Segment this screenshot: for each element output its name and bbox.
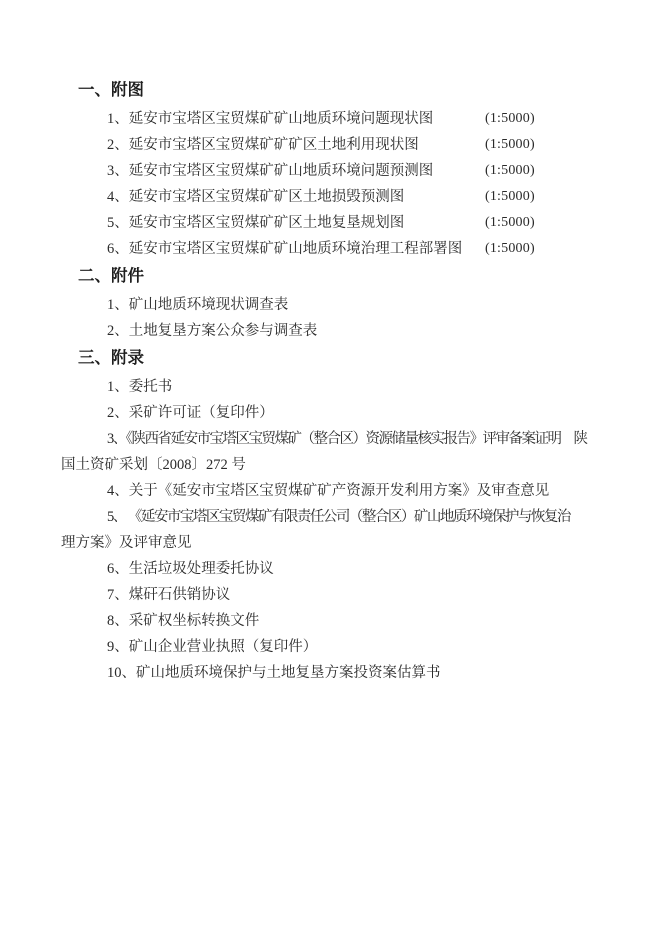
document-content: 一、附图 1、延安市宝塔区宝贸煤矿矿山地质环境问题现状图 (1:5000) 2、… [61,76,621,686]
list-item: 4、关于《延安市宝塔区宝贸煤矿矿产资源开发利用方案》及审查意见 [61,478,621,504]
list-item-continuation: 国土资矿采划〔2008〕272 号 [61,452,621,478]
list-item-continuation: 理方案》及评审意见 [61,530,621,556]
section-heading-appendices: 三、附录 [61,344,621,372]
map-scale: (1:5000) [485,184,535,210]
map-scale: (1:5000) [485,132,535,158]
item-text: 6、生活垃圾处理委托协议 [107,561,274,577]
section-heading-maps: 一、附图 [61,76,621,104]
list-item: 7、煤矸石供销协议 [61,582,621,608]
document-page: 一、附图 1、延安市宝塔区宝贸煤矿矿山地质环境问题现状图 (1:5000) 2、… [0,0,662,936]
item-text: 理方案》及评审意见 [61,535,192,551]
item-text: 2、延安市宝塔区宝贸煤矿矿矿区土地利用现状图 [107,137,419,153]
item-text: 1、委托书 [107,379,172,395]
list-item: 10、矿山地质环境保护与土地复垦方案投资案估算书 [61,660,621,686]
list-item: 1、延安市宝塔区宝贸煤矿矿山地质环境问题现状图 (1:5000) [61,106,621,132]
map-scale: (1:5000) [485,106,535,132]
item-text: 国土资矿采划〔2008〕272 号 [61,457,246,473]
item-text: 10、矿山地质环境保护与土地复垦方案投资案估算书 [107,665,441,681]
list-item: 8、采矿权坐标转换文件 [61,608,621,634]
item-text: 1、延安市宝塔区宝贸煤矿矿山地质环境问题现状图 [107,111,433,127]
list-item: 3、延安市宝塔区宝贸煤矿矿山地质环境问题预测图 (1:5000) [61,158,621,184]
list-item: 5、延安市宝塔区宝贸煤矿矿区土地复垦规划图 (1:5000) [61,210,621,236]
list-item: 6、延安市宝塔区宝贸煤矿矿山地质环境治理工程部署图 (1:5000) [61,236,621,262]
item-text: 1、矿山地质环境现状调查表 [107,297,288,313]
list-item: 2、土地复垦方案公众参与调查表 [61,318,621,344]
list-item: 1、矿山地质环境现状调查表 [61,292,621,318]
list-item: 6、生活垃圾处理委托协议 [61,556,621,582]
item-text: 8、采矿权坐标转换文件 [107,613,259,629]
map-scale: (1:5000) [485,236,535,262]
item-text: 5、 《延安市宝塔区宝贸煤矿有限责任公司（整合区）矿山地质环境保护与恢复治 [107,509,570,525]
list-item: 4、延安市宝塔区宝贸煤矿矿区土地损毁预测图 (1:5000) [61,184,621,210]
list-item: 9、矿山企业营业执照（复印件） [61,634,621,660]
list-item: 5、 《延安市宝塔区宝贸煤矿有限责任公司（整合区）矿山地质环境保护与恢复治 [61,504,621,530]
list-item: 3、《陕西省延安市宝塔区宝贸煤矿（整合区）资源储量核实报告》评审备案证明 陕 [61,426,621,452]
item-text: 7、煤矸石供销协议 [107,587,230,603]
list-item: 2、采矿许可证（复印件） [61,400,621,426]
item-text: 5、延安市宝塔区宝贸煤矿矿区土地复垦规划图 [107,215,404,231]
item-text: 4、延安市宝塔区宝贸煤矿矿区土地损毁预测图 [107,189,404,205]
item-text: 3、《陕西省延安市宝塔区宝贸煤矿（整合区）资源储量核实报告》评审备案证明 陕 [107,431,587,447]
list-item: 2、延安市宝塔区宝贸煤矿矿矿区土地利用现状图 (1:5000) [61,132,621,158]
item-text: 2、土地复垦方案公众参与调查表 [107,323,317,339]
item-text: 3、延安市宝塔区宝贸煤矿矿山地质环境问题预测图 [107,163,433,179]
item-text: 9、矿山企业营业执照（复印件） [107,639,317,655]
item-text: 6、延安市宝塔区宝贸煤矿矿山地质环境治理工程部署图 [107,241,462,257]
item-text: 4、关于《延安市宝塔区宝贸煤矿矿产资源开发利用方案》及审查意见 [107,483,549,499]
section-heading-attachments: 二、附件 [61,262,621,290]
map-scale: (1:5000) [485,158,535,184]
map-scale: (1:5000) [485,210,535,236]
list-item: 1、委托书 [61,374,621,400]
item-text: 2、采矿许可证（复印件） [107,405,274,421]
